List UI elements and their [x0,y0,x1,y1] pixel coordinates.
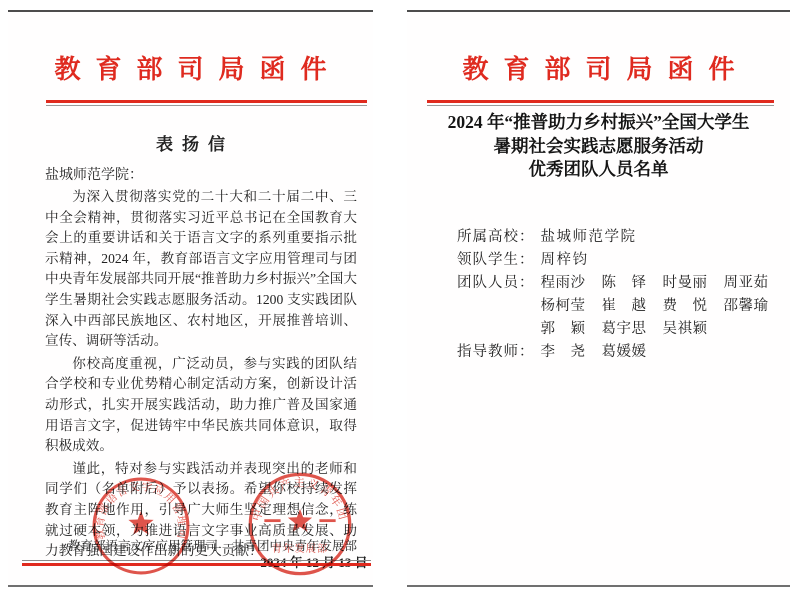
member-name: 周亚茹 [724,272,769,295]
field-advisors: 指导教师： 李 尧 葛媛媛 [457,341,780,364]
team-name-row: 杨柯莹 崔 越 费 悦 邵馨瑜 [541,295,769,318]
letterhead-title: 教育部司局函件 [8,54,373,86]
letter-body: 为深入贯彻落实党的二十大和二十届二中、三中全会精神，贯彻落实习近平总书记在全国教… [45,187,357,564]
member-name: 崔 越 [602,295,647,318]
field-label: 指导教师： [457,341,535,364]
field-value: 盐城师范学院 [541,226,637,249]
advisor-name-row: 李 尧 葛媛媛 [541,341,647,364]
member-name: 郭 颖 [541,318,586,341]
team-name-row: 程雨沙 陈 铎 时曼丽 周亚茹 [541,272,769,295]
letterhead-divider [46,100,367,106]
member-name: 费 悦 [663,295,708,318]
letterhead-divider [427,100,774,106]
letter-paragraph: 为深入贯彻落实党的二十大和二十届二中、三中全会精神，贯彻落实习近平总书记在全国教… [45,187,357,352]
roster-title-line: 优秀团队人员名单 [407,158,790,182]
member-name: 吴祺颖 [663,318,708,341]
letter-title: 表扬信 [8,130,373,155]
team-name-row: 郭 颖 葛宇思 吴祺颖 [541,318,769,341]
roster-page: 教育部司局函件 2024 年“推普助力乡村振兴”全国大学生 暑期社会实践志愿服务… [407,10,790,587]
advisor-name: 葛媛媛 [602,341,647,364]
letterhead-title: 教育部司局函件 [407,54,790,86]
member-name: 邵馨瑜 [724,295,769,318]
field-school: 所属高校： 盐城师范学院 [457,226,780,249]
roster-title-line: 2024 年“推普助力乡村振兴”全国大学生 [407,111,790,135]
field-leader: 领队学生： 周梓钧 [457,249,780,272]
team-name-grid: 程雨沙 陈 铎 时曼丽 周亚茹 杨柯莹 崔 越 费 悦 邵馨瑜 郭 颖 葛宇思 … [541,272,769,341]
field-value: 周梓钧 [541,249,589,272]
field-label: 领队学生： [457,249,535,272]
member-name: 时曼丽 [663,272,708,295]
field-team-members: 团队人员： 程雨沙 陈 铎 时曼丽 周亚茹 杨柯莹 崔 越 费 悦 邵馨瑜 郭 … [457,272,780,341]
advisor-name: 李 尧 [541,341,586,364]
member-name: 程雨沙 [541,272,586,295]
roster-fields: 所属高校： 盐城师范学院 领队学生： 周梓钧 团队人员： 程雨沙 陈 铎 时曼丽… [457,226,780,364]
member-name: 葛宇思 [602,318,647,341]
member-name: 杨柯莹 [541,295,586,318]
footer-divider [22,560,371,566]
commendation-letter-page: 教育部司局函件 表扬信 盐城师范学院： 为深入贯彻落实党的二十大和二十届二中、三… [8,10,373,587]
field-label: 团队人员： [457,272,535,295]
roster-title: 2024 年“推普助力乡村振兴”全国大学生 暑期社会实践志愿服务活动 优秀团队人… [407,111,790,182]
roster-title-line: 暑期社会实践志愿服务活动 [407,135,790,159]
member-name: 陈 铎 [602,272,647,295]
letter-salutation: 盐城师范学院： [45,164,143,184]
field-label: 所属高校： [457,226,535,249]
signer-dept: 教育部语言文字应用管理司 [68,536,218,554]
letter-paragraph: 你校高度重视，广泛动员，参与实践的团队结合学校和专业优势精心制定活动方案，创新设… [45,354,357,457]
